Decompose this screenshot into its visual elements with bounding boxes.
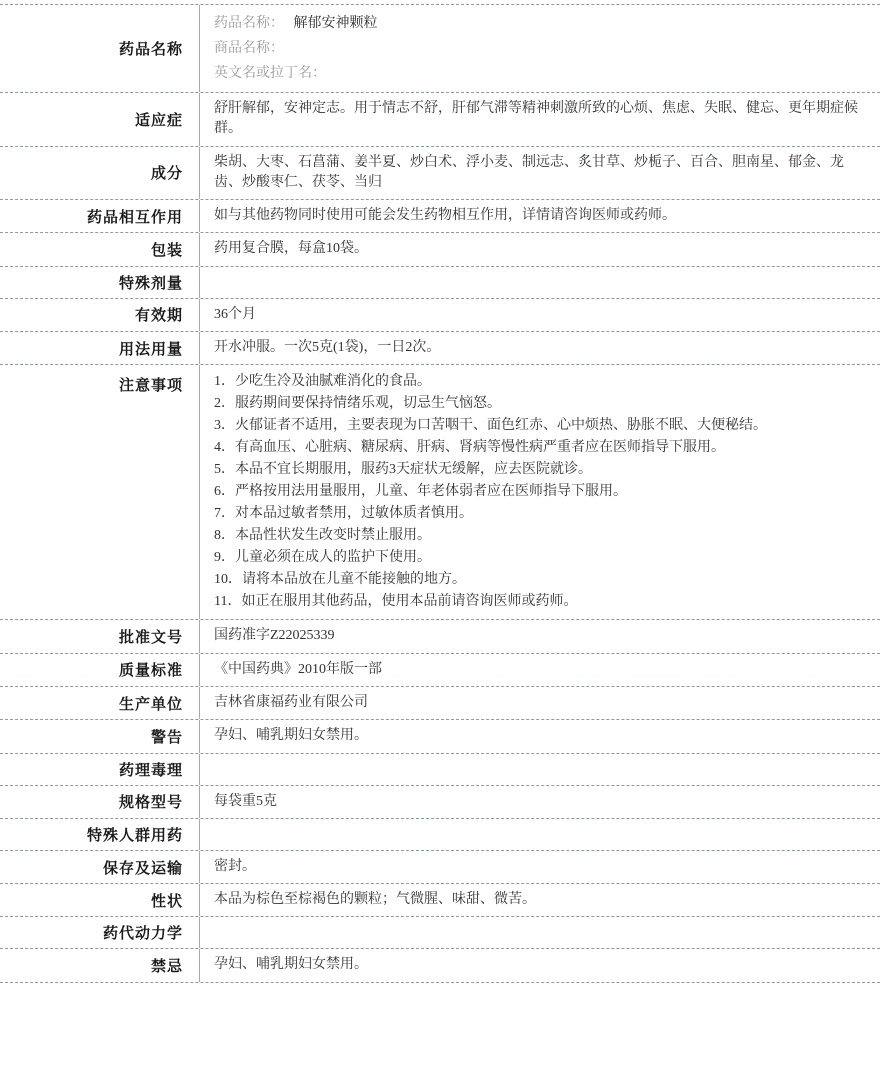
drug-name-value: 解郁安神颗粒 <box>294 16 378 31</box>
row-label: 警告 <box>0 720 200 752</box>
row-ingredients: 成分 柴胡、大枣、石菖蒲、姜半夏、炒白术、浮小麦、制远志、炙甘草、炒栀子、百合、… <box>0 147 880 201</box>
row-warning: 警告 孕妇、哺乳期妇女禁用。 <box>0 720 880 753</box>
precaution-item: 5．本品不宜长期服用，服药3天症状无缓解，应去医院就诊。 <box>214 459 866 480</box>
precaution-item: 3．火郁证者不适用，主要表现为口苦咽干、面色红赤、心中烦热、胁胀不眠、大便秘结。 <box>214 415 866 436</box>
row-content: 国药准字Z22025339 <box>200 620 880 652</box>
row-label: 适应症 <box>0 93 200 146</box>
drug-name-line: 药品名称： 解郁安神颗粒 <box>214 11 866 36</box>
row-special-dosage: 特殊剂量 <box>0 267 880 299</box>
row-content: 药用复合膜，每盒10袋。 <box>200 233 880 265</box>
row-content <box>200 267 880 298</box>
row-content: 孕妇、哺乳期妇女禁用。 <box>200 720 880 752</box>
precaution-item: 10．请将本品放在儿童不能接触的地方。 <box>214 569 866 590</box>
drug-name-key: 药品名称： <box>214 16 284 31</box>
row-usage-dosage: 用法用量 开水冲服。一次5克(1袋)，一日2次。 <box>0 332 880 365</box>
drug-info-table: 药品名称 药品名称： 解郁安神颗粒 商品名称： 英文名或拉丁名： 适应症 舒肝解… <box>0 4 880 983</box>
precaution-item: 9．儿童必须在成人的监护下使用。 <box>214 547 866 568</box>
row-content: 舒肝解郁，安神定志。用于情志不舒，肝郁气滞等精神刺激所致的心烦、焦虑、失眠、健忘… <box>200 93 880 146</box>
row-content: 药品名称： 解郁安神颗粒 商品名称： 英文名或拉丁名： <box>200 5 880 92</box>
precaution-item: 11．如正在服用其他药品，使用本品前请咨询医师或药师。 <box>214 591 866 612</box>
row-pharmacokinetics: 药代动力学 <box>0 917 880 949</box>
precaution-item: 2．服药期间要保持情绪乐观，切忌生气恼怒。 <box>214 393 866 414</box>
row-pharmacology-toxicology: 药理毒理 <box>0 754 880 786</box>
row-content: 柴胡、大枣、石菖蒲、姜半夏、炒白术、浮小麦、制远志、炙甘草、炒栀子、百合、胆南星… <box>200 147 880 200</box>
row-content: 吉林省康福药业有限公司 <box>200 687 880 719</box>
row-special-population: 特殊人群用药 <box>0 819 880 851</box>
precaution-item: 4．有高血压、心脏病、糖尿病、肝病、肾病等慢性病严重者应在医师指导下服用。 <box>214 437 866 458</box>
row-indications: 适应症 舒肝解郁，安神定志。用于情志不舒，肝郁气滞等精神刺激所致的心烦、焦虑、失… <box>0 93 880 147</box>
row-label: 成分 <box>0 147 200 200</box>
row-content: 每袋重5克 <box>200 786 880 818</box>
latin-name-key: 英文名或拉丁名： <box>214 66 326 81</box>
row-label: 生产单位 <box>0 687 200 719</box>
row-validity-period: 有效期 36个月 <box>0 299 880 332</box>
row-content: 开水冲服。一次5克(1袋)，一日2次。 <box>200 332 880 364</box>
row-label: 药品名称 <box>0 5 200 92</box>
row-label: 批准文号 <box>0 620 200 652</box>
row-content: 孕妇、哺乳期妇女禁用。 <box>200 949 880 981</box>
row-label: 禁忌 <box>0 949 200 981</box>
row-label: 有效期 <box>0 299 200 331</box>
row-storage-transport: 保存及运输 密封。 <box>0 851 880 884</box>
latin-name-line: 英文名或拉丁名： <box>214 61 866 86</box>
row-drug-name: 药品名称 药品名称： 解郁安神颗粒 商品名称： 英文名或拉丁名： <box>0 5 880 93</box>
drug-info-page: 药品名称 药品名称： 解郁安神颗粒 商品名称： 英文名或拉丁名： 适应症 舒肝解… <box>0 0 880 1070</box>
row-label: 药代动力学 <box>0 917 200 948</box>
row-manufacturer: 生产单位 吉林省康福药业有限公司 <box>0 687 880 720</box>
row-label: 规格型号 <box>0 786 200 818</box>
row-content: 密封。 <box>200 851 880 883</box>
row-content: 1．少吃生冷及油腻难消化的食品。 2．服药期间要保持情绪乐观，切忌生气恼怒。 3… <box>200 365 880 619</box>
row-packaging: 包装 药用复合膜，每盒10袋。 <box>0 233 880 266</box>
row-label: 包装 <box>0 233 200 265</box>
precaution-item: 8．本品性状发生改变时禁止服用。 <box>214 525 866 546</box>
trade-name-line: 商品名称： <box>214 36 866 61</box>
row-content: 《中国药典》2010年版一部 <box>200 654 880 686</box>
row-precautions: 注意事项 1．少吃生冷及油腻难消化的食品。 2．服药期间要保持情绪乐观，切忌生气… <box>0 365 880 620</box>
row-drug-interactions: 药品相互作用 如与其他药物同时使用可能会发生药物相互作用，详情请咨询医师或药师。 <box>0 200 880 233</box>
row-specification: 规格型号 每袋重5克 <box>0 786 880 819</box>
precaution-item: 6．严格按用法用量服用，儿童、年老体弱者应在医师指导下服用。 <box>214 481 866 502</box>
row-label: 特殊剂量 <box>0 267 200 298</box>
row-contraindications: 禁忌 孕妇、哺乳期妇女禁用。 <box>0 949 880 982</box>
row-content: 本品为棕色至棕褐色的颗粒；气微腥、味甜、微苦。 <box>200 884 880 916</box>
row-properties: 性状 本品为棕色至棕褐色的颗粒；气微腥、味甜、微苦。 <box>0 884 880 917</box>
row-content <box>200 754 880 785</box>
trade-name-key: 商品名称： <box>214 41 284 56</box>
row-label: 注意事项 <box>0 365 200 619</box>
row-label: 质量标准 <box>0 654 200 686</box>
row-label: 用法用量 <box>0 332 200 364</box>
row-content <box>200 917 880 948</box>
row-content: 36个月 <box>200 299 880 331</box>
row-quality-standard: 质量标准 《中国药典》2010年版一部 <box>0 654 880 687</box>
row-label: 药理毒理 <box>0 754 200 785</box>
row-content: 如与其他药物同时使用可能会发生药物相互作用，详情请咨询医师或药师。 <box>200 200 880 232</box>
row-content <box>200 819 880 850</box>
row-label: 药品相互作用 <box>0 200 200 232</box>
row-label: 特殊人群用药 <box>0 819 200 850</box>
precaution-item: 1．少吃生冷及油腻难消化的食品。 <box>214 371 866 392</box>
row-label: 保存及运输 <box>0 851 200 883</box>
row-approval-number: 批准文号 国药准字Z22025339 <box>0 620 880 653</box>
row-label: 性状 <box>0 884 200 916</box>
precaution-item: 7．对本品过敏者禁用，过敏体质者慎用。 <box>214 503 866 524</box>
